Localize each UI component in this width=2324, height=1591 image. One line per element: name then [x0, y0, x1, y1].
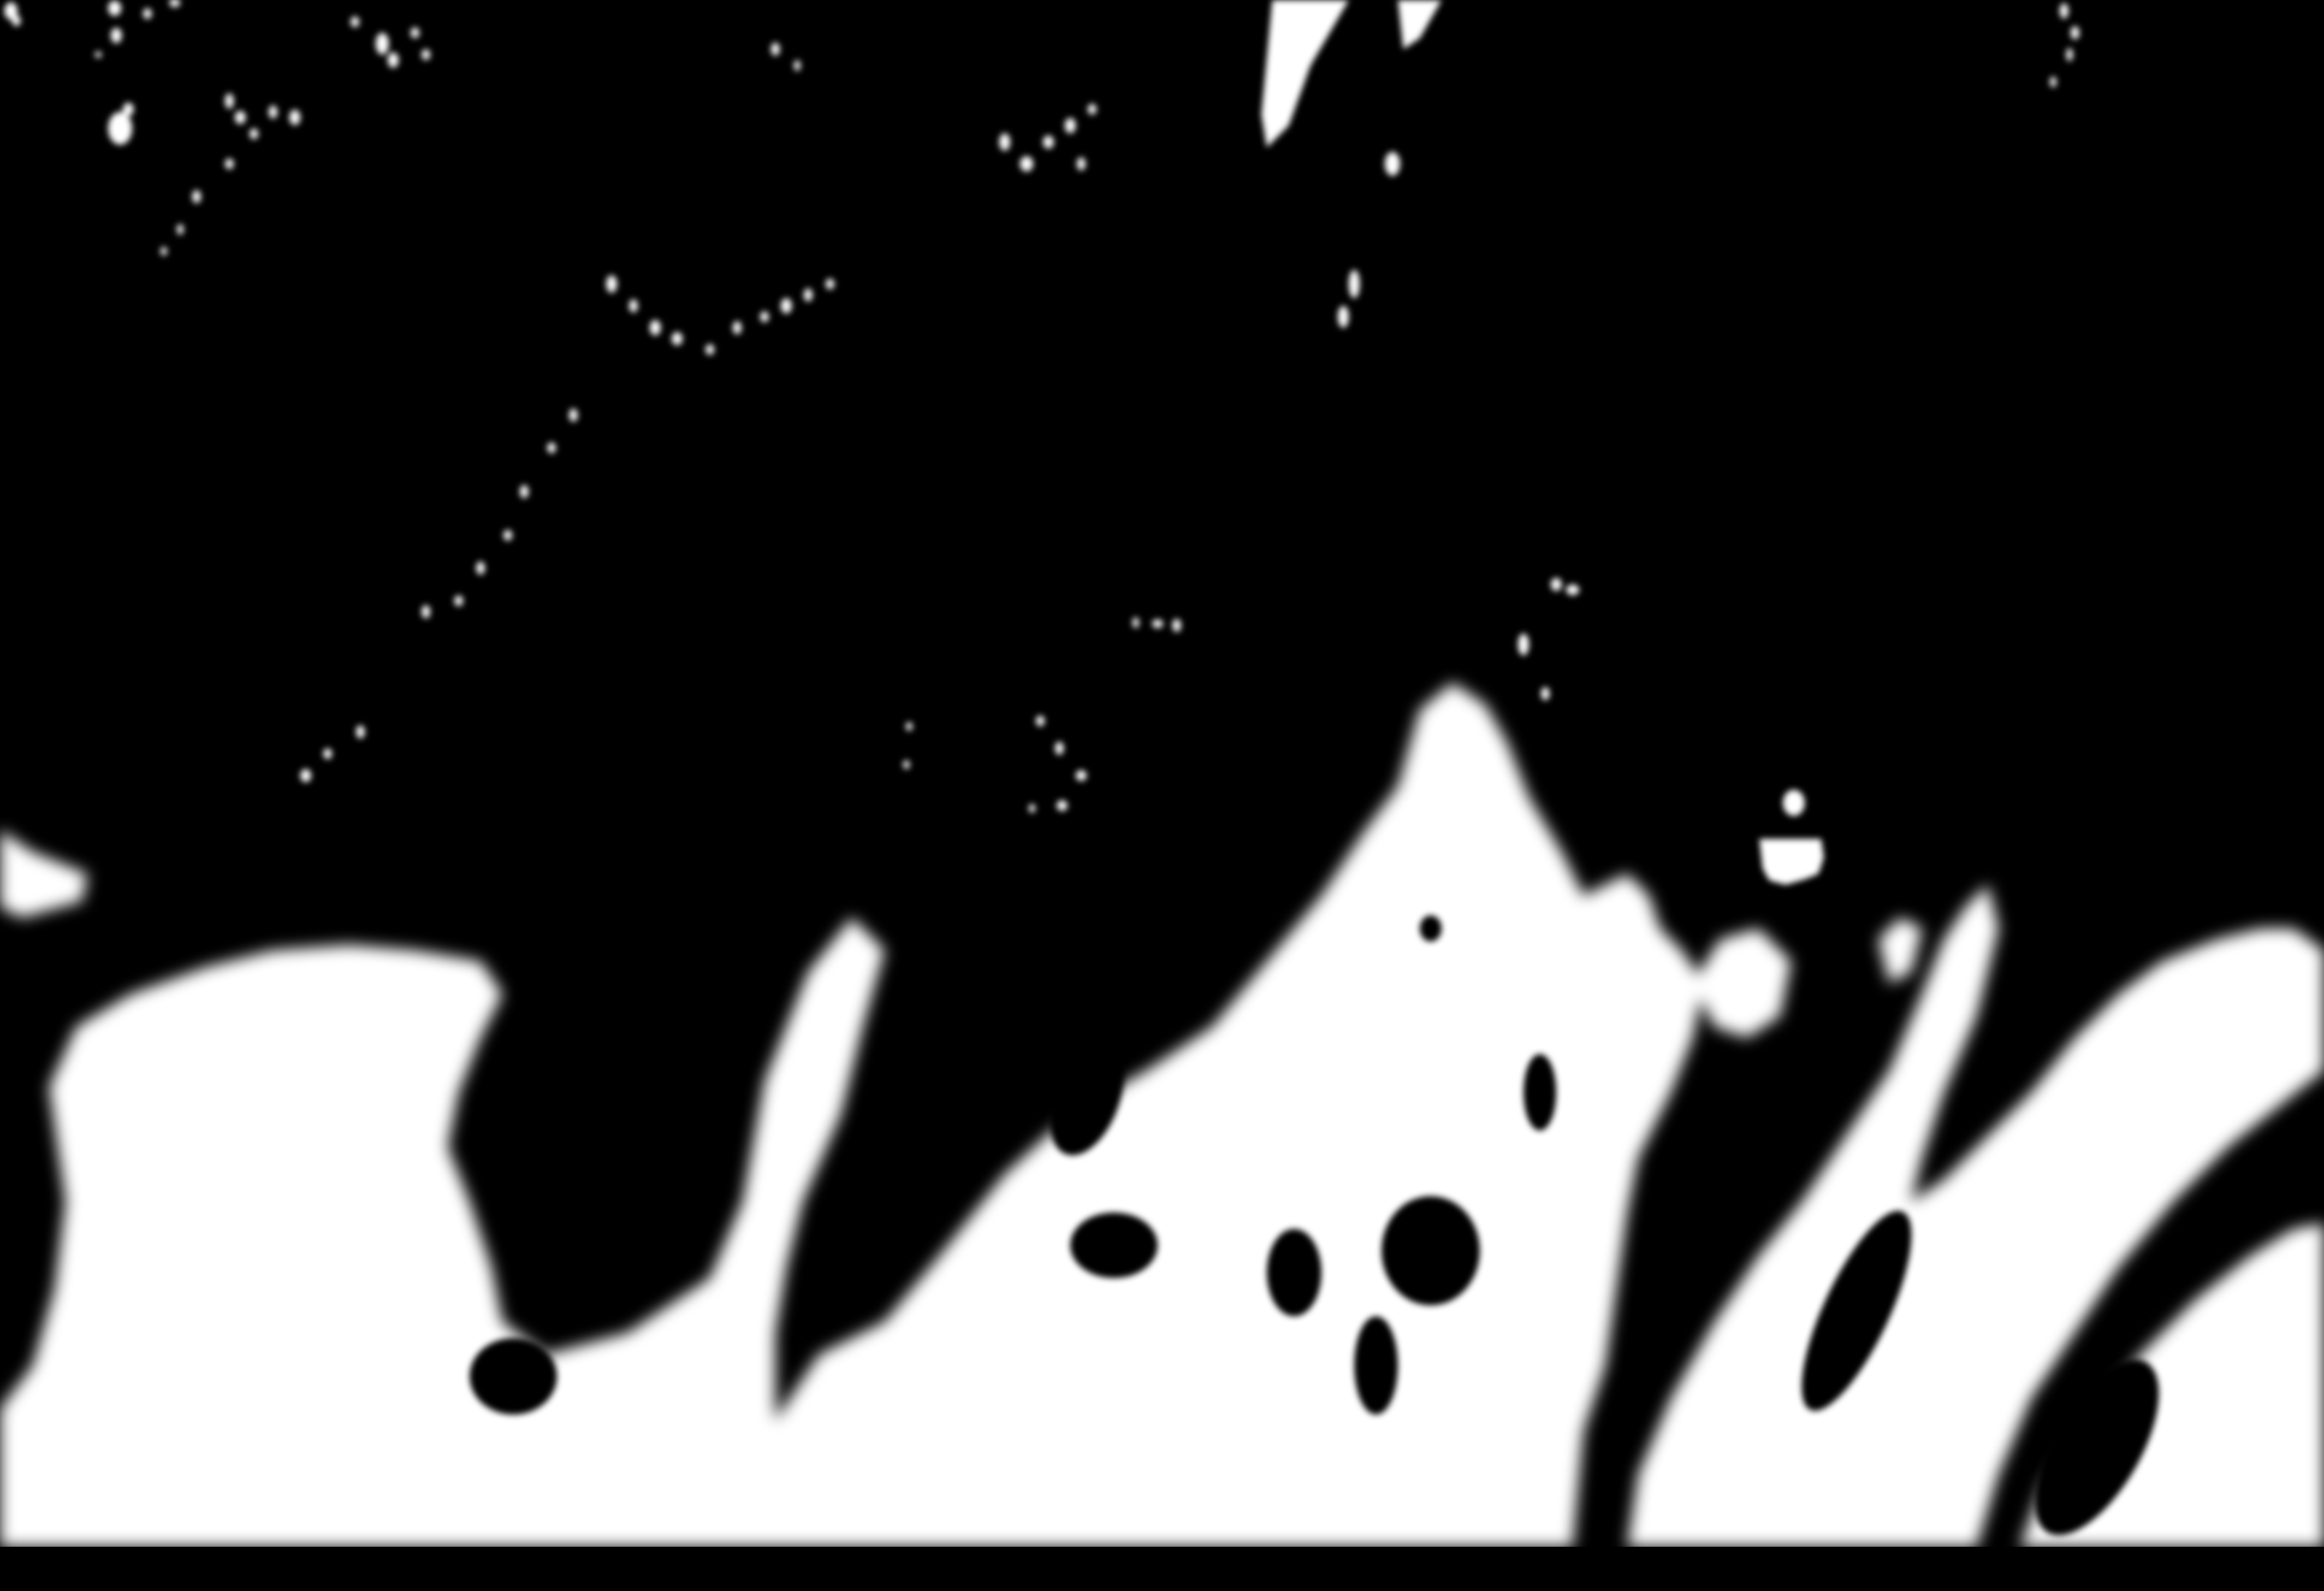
bottom-black-strip: [0, 1547, 2324, 1591]
satellite-cloud-image: [0, 0, 2324, 1591]
